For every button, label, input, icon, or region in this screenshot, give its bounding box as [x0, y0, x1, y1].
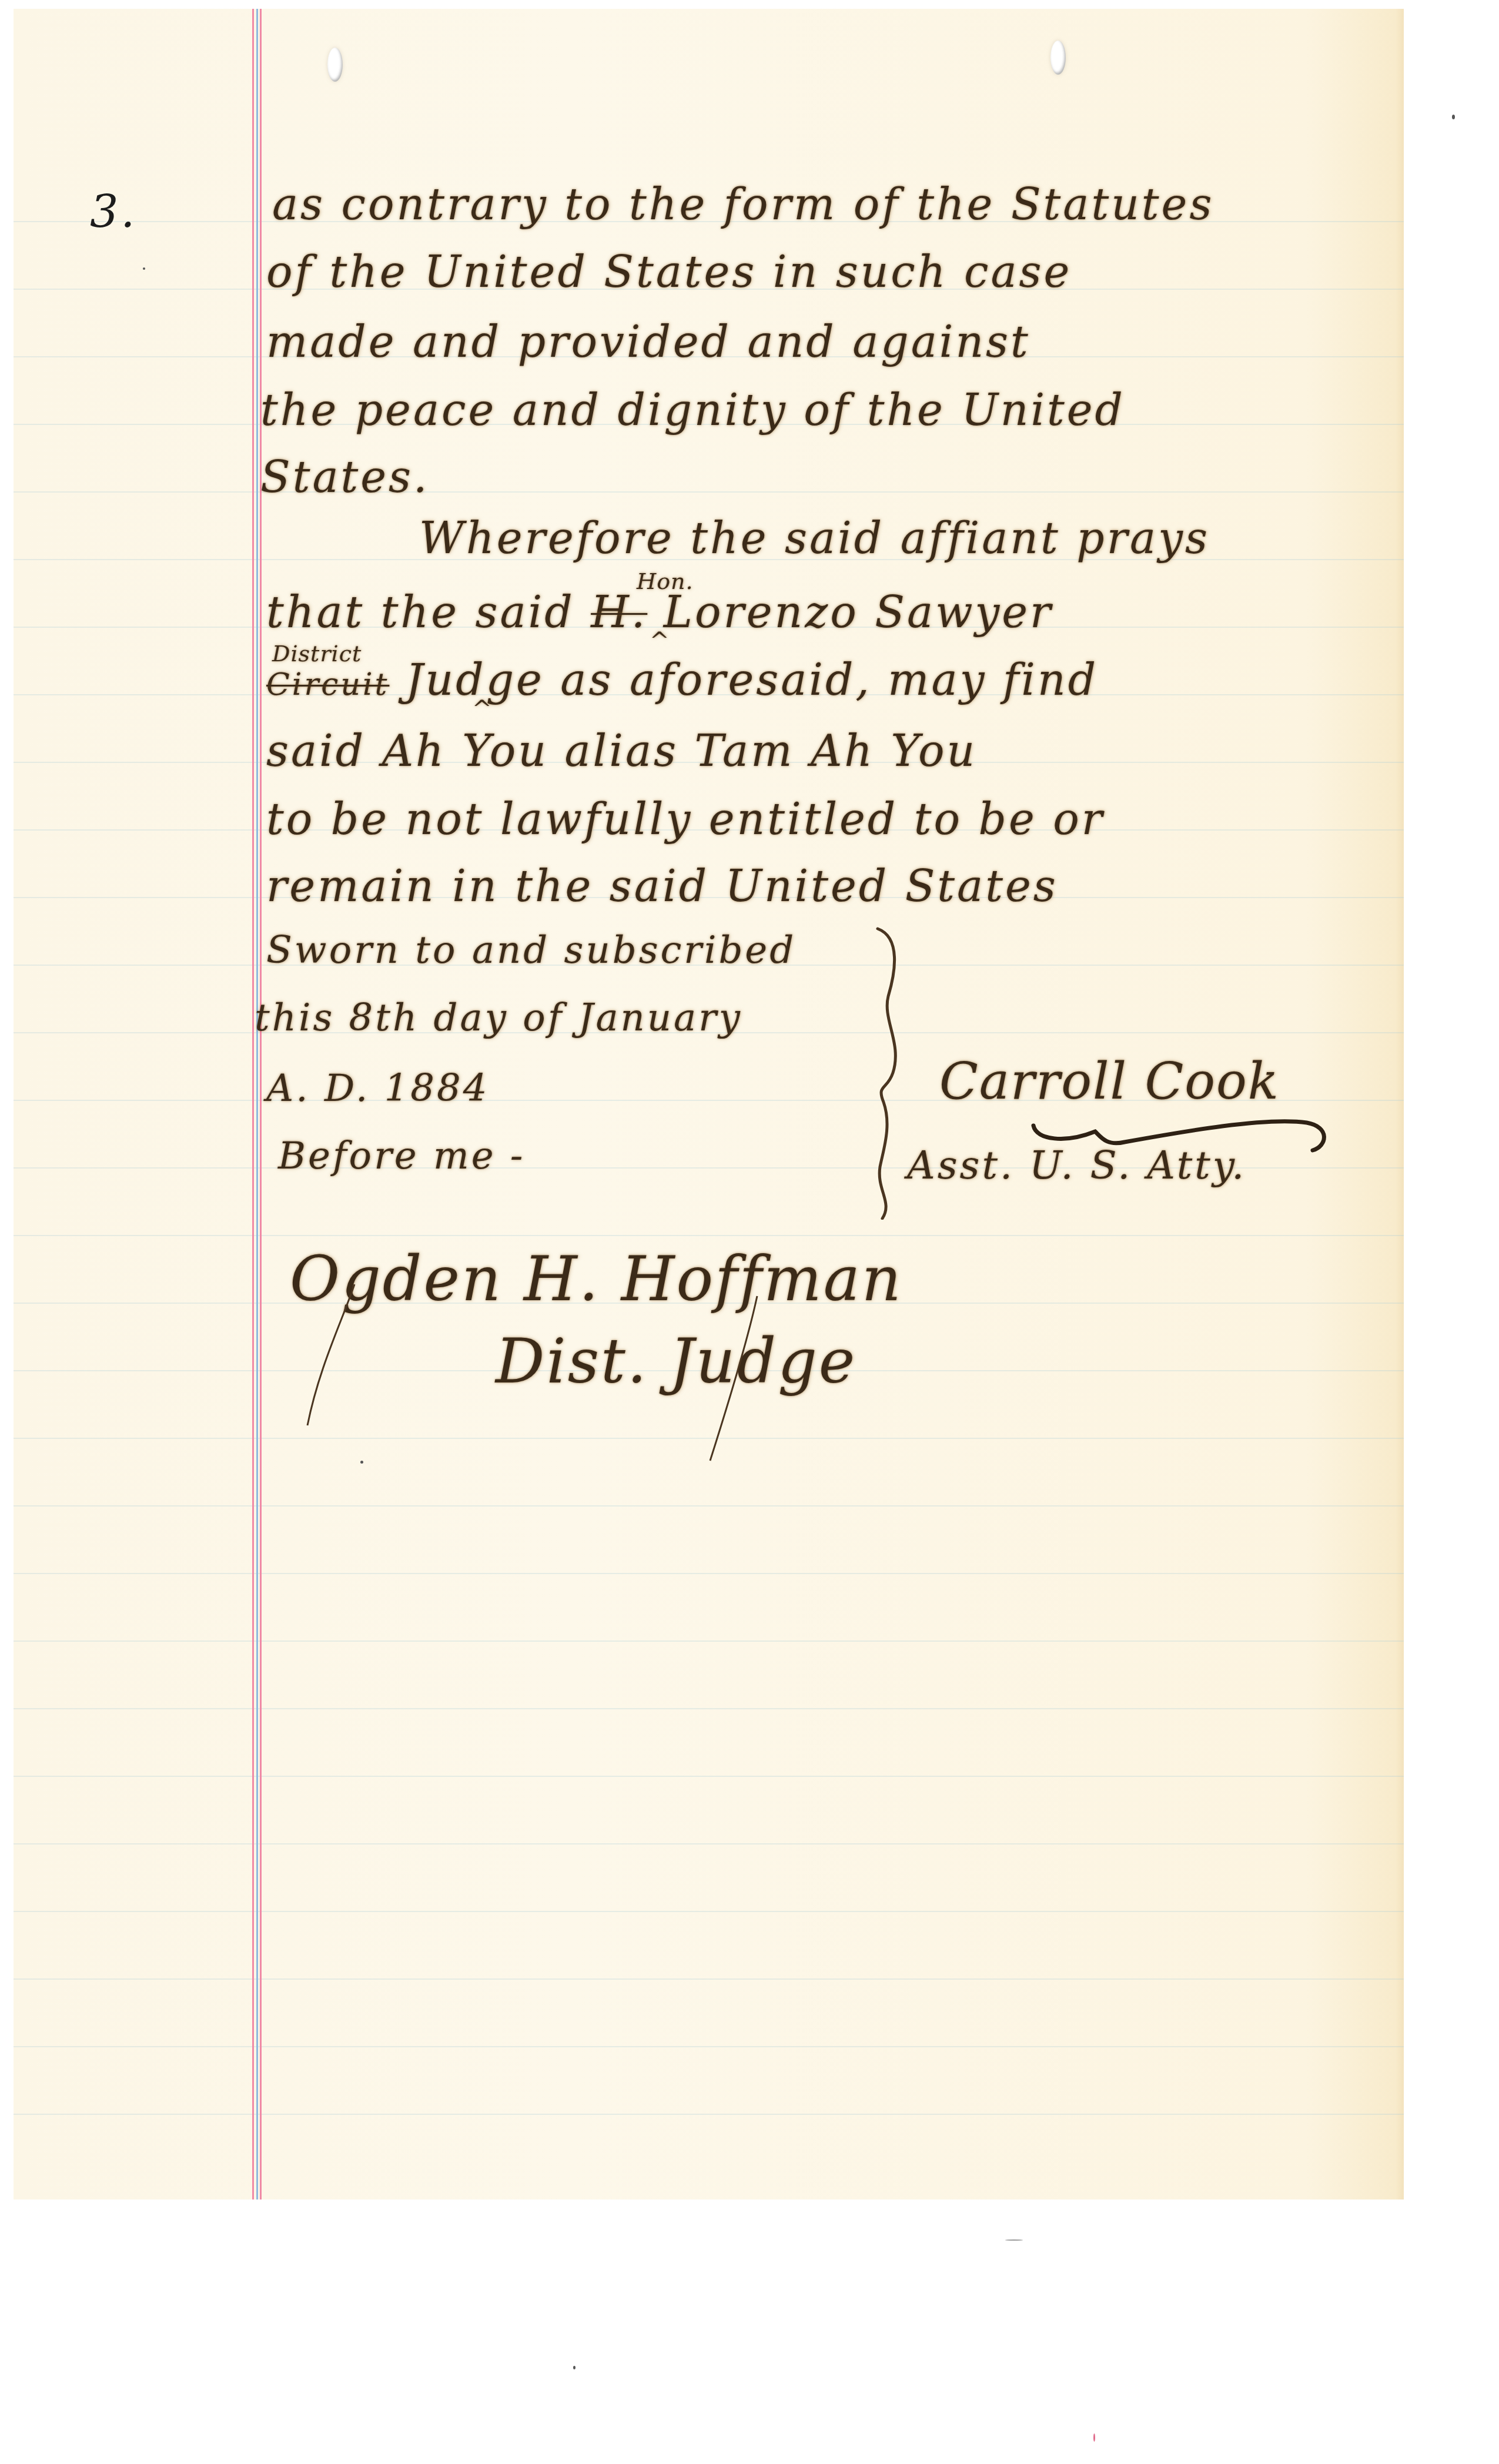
prayer-line-1: Wherefore the said affiant prays	[419, 517, 1210, 560]
margin-line-red	[252, 9, 254, 2199]
ruled-line	[14, 1978, 1404, 1980]
insertion-caret: ^	[472, 695, 494, 722]
judge-title: Dist. Judge	[496, 1325, 856, 1397]
jurat-line-2: this 8th day of January	[255, 999, 742, 1037]
margin-line-blue	[256, 9, 258, 2199]
signature-descender	[290, 1278, 360, 1431]
body-line-2: of the United States in such case	[266, 250, 1072, 294]
prayer-line-3: Circuit Judge as aforesaid, may find	[266, 658, 1098, 702]
stray-mark	[1093, 2433, 1095, 2442]
judge-signature: Ogden H. Hoffman	[290, 1243, 903, 1315]
stray-mark	[573, 2366, 575, 2369]
ruled-line	[14, 1911, 1404, 1912]
insertion-caret: ^	[650, 627, 672, 654]
ruled-line	[14, 1843, 1404, 1844]
ruled-line	[14, 1505, 1404, 1506]
ruled-line	[14, 491, 1404, 493]
body-line-1: as contrary to the form of the Statutes	[272, 183, 1214, 226]
affiant-signature: Carroll Cook	[939, 1052, 1280, 1111]
body-line-3: made and provided and against	[266, 320, 1030, 364]
signature-descender	[701, 1290, 772, 1467]
ruled-line	[14, 1235, 1404, 1236]
jurat-line-3: A. D. 1884	[266, 1070, 490, 1107]
punch-hole	[327, 48, 343, 82]
ruled-line	[14, 1641, 1404, 1642]
ruled-line	[14, 2114, 1404, 2115]
prayer-line-2-after: Lorenzo Sawyer	[664, 587, 1053, 638]
stray-mark	[360, 1461, 363, 1464]
jurat-line-4: Before me -	[278, 1137, 525, 1175]
stray-mark	[1452, 115, 1455, 119]
document-page: 3. as contrary to the form of the Statut…	[14, 9, 1404, 2199]
body-line-4: the peace and dignity of the United	[260, 389, 1125, 432]
prayer-line-4: said Ah You alias Tam Ah You	[266, 729, 977, 773]
struck-initial: H.	[591, 587, 647, 638]
margin-line-red	[260, 9, 262, 2199]
body-line-5: States.	[260, 456, 430, 499]
stray-mark	[143, 267, 145, 270]
prayer-line-2-before: that the said	[266, 587, 575, 638]
ruled-line	[14, 1776, 1404, 1777]
curly-brace-icon	[866, 926, 913, 1220]
ruled-line	[14, 1708, 1404, 1709]
prayer-line-6: remain in the said United States	[266, 865, 1058, 908]
prayer-line-3-after: Judge as aforesaid, may find	[406, 655, 1098, 705]
ruled-line	[14, 2046, 1404, 2047]
stray-mark	[1005, 2239, 1023, 2241]
affiant-title: Asst. U. S. Atty.	[907, 1146, 1246, 1185]
page-number: 3.	[90, 185, 138, 237]
prayer-line-5: to be not lawfully entitled to be or	[266, 798, 1105, 841]
jurat-line-1: Sworn to and subscribed	[266, 932, 796, 969]
struck-circuit: Circuit	[266, 667, 389, 702]
ruled-line	[14, 1573, 1404, 1574]
inserted-hon: Hon.	[637, 568, 694, 594]
punch-hole	[1050, 41, 1066, 75]
